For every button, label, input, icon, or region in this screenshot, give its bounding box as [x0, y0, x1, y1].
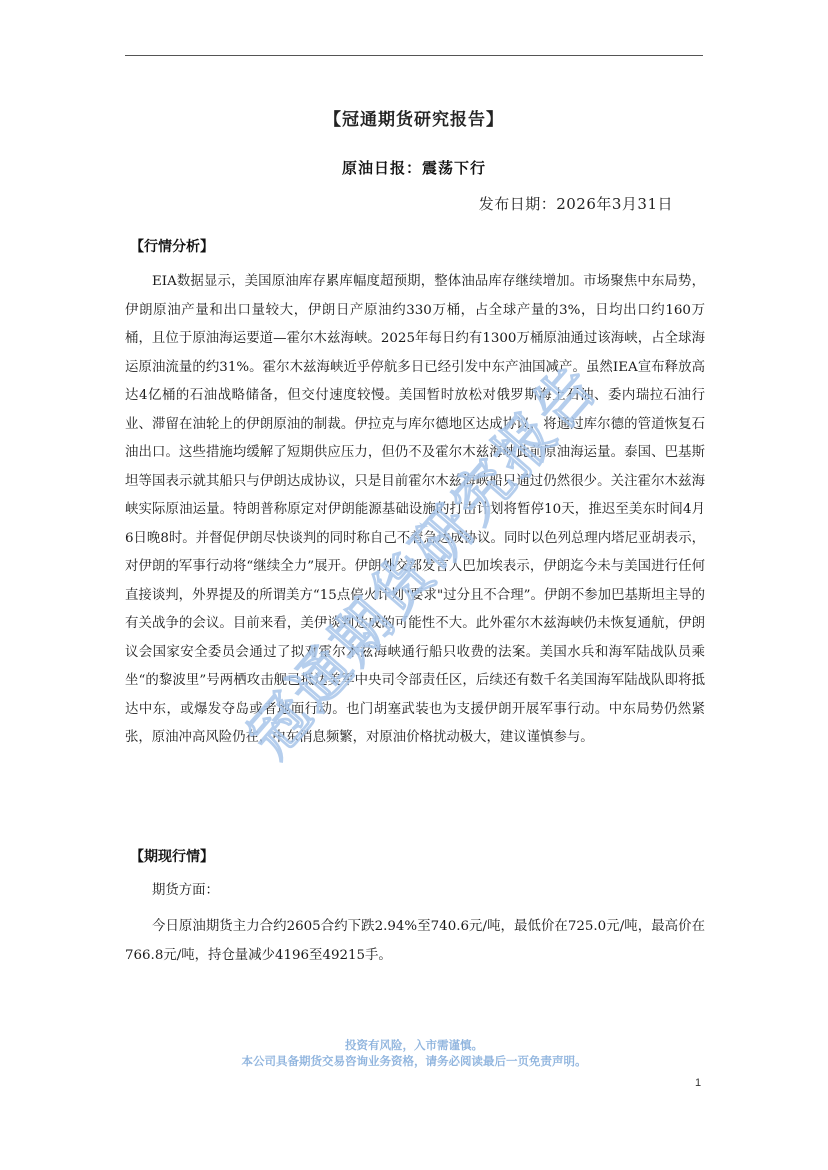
disclaimer-notice: 本公司具备期货交易咨询业务资格，请务必阅读最后一页免责声明。	[0, 1053, 828, 1069]
header-rule	[125, 55, 703, 56]
market-analysis-paragraph: EIA数据显示，美国原油库存累库幅度超预期，整体油品库存继续增加。市场聚焦中东局…	[125, 268, 705, 753]
report-title: 【冠通期货研究报告】	[0, 105, 828, 130]
document-page: 【冠通期货研究报告】 原油日报：震荡下行 发布日期：2026年3月31日 【行情…	[0, 0, 828, 1170]
report-subtitle: 原油日报：震荡下行	[0, 157, 828, 178]
publish-date: 发布日期：2026年3月31日	[479, 193, 673, 214]
futures-label: 期货方面：	[125, 877, 705, 906]
section-heading-market-analysis: 【行情分析】	[130, 236, 214, 256]
futures-summary-paragraph: 今日原油期货主力合约2605合约下跌2.94%至740.6元/吨，最低价在725…	[125, 913, 705, 970]
risk-warning: 投资有风险，入市需谨慎。	[0, 1037, 828, 1053]
page-number: 1	[695, 1077, 701, 1089]
footer-disclaimer: 投资有风险，入市需谨慎。 本公司具备期货交易咨询业务资格，请务必阅读最后一页免责…	[0, 1037, 828, 1069]
section-heading-futures-spot: 【期现行情】	[130, 846, 214, 866]
